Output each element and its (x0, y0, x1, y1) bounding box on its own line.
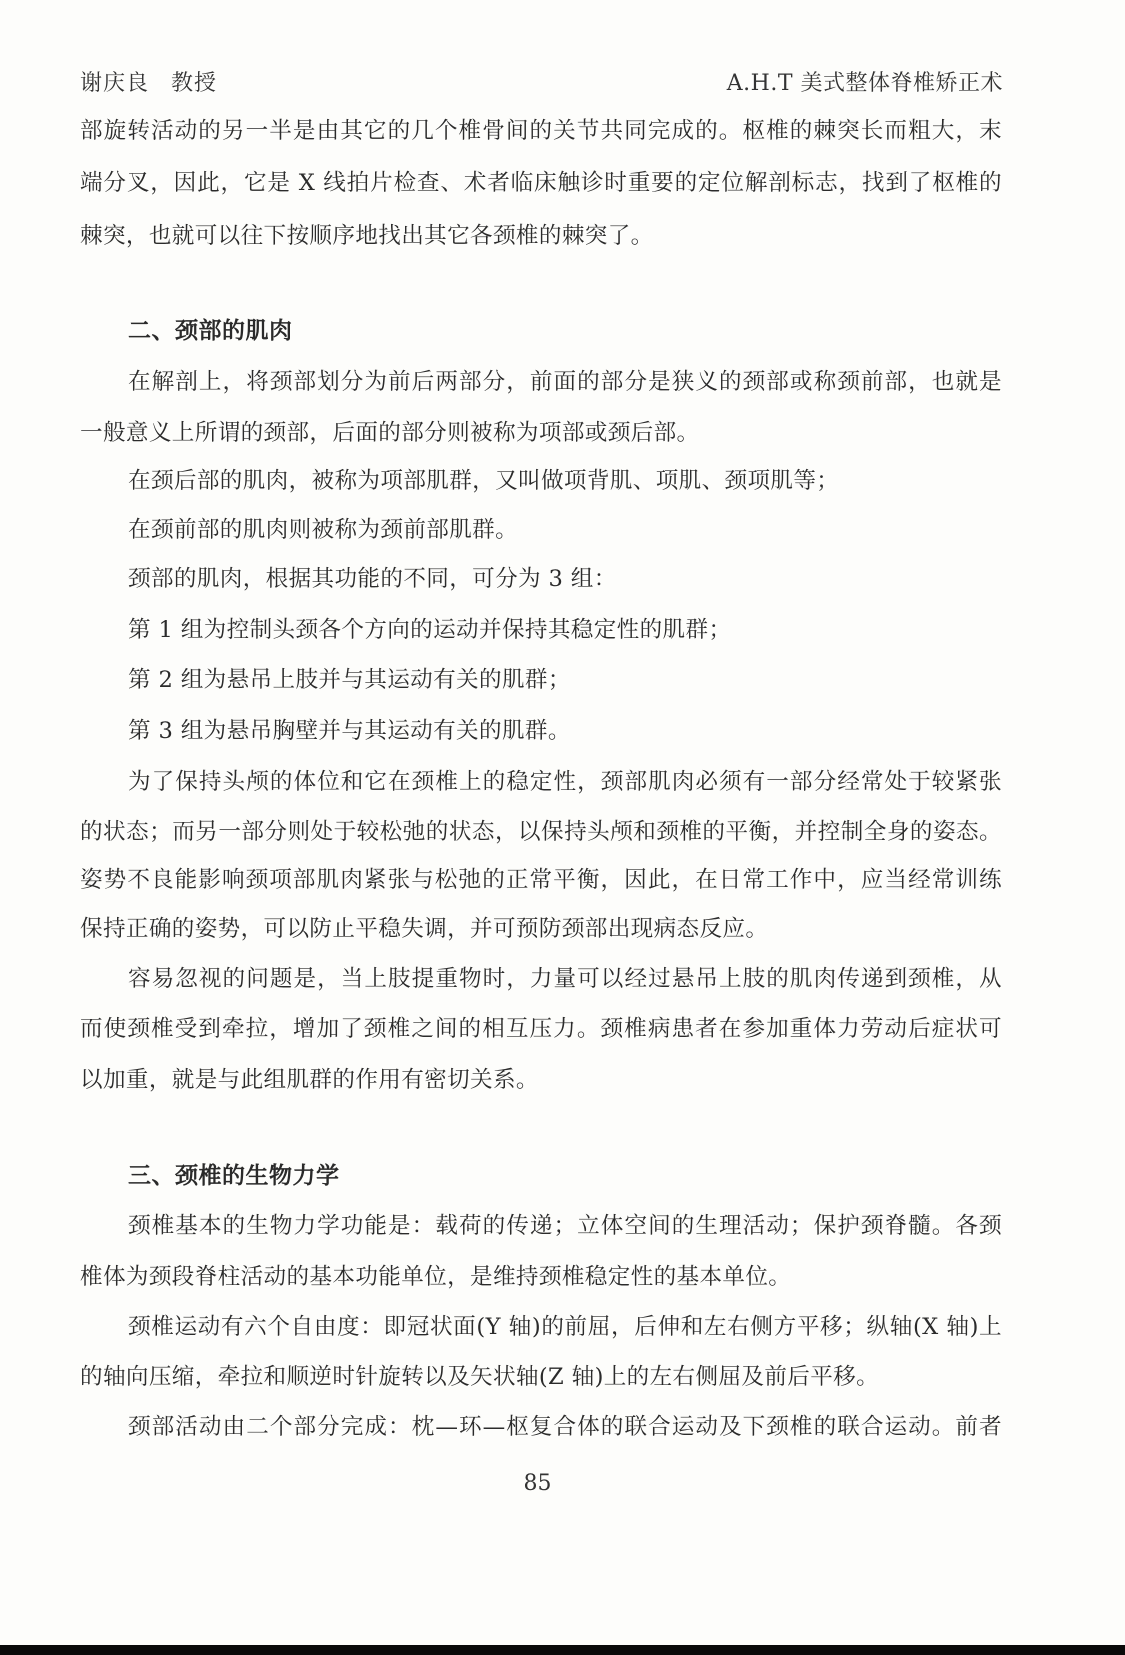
text-line: 在颈后部的肌肉，被称为项部肌群，又叫做项背肌、项肌、颈项肌等； (128, 466, 1002, 496)
book-page: 谢庆良教授 A.H.T 美式整体脊椎矫正术 部旋转活动的另一半是由其它的几个椎骨… (0, 0, 1125, 1645)
list-item: 第 1 组为控制头颈各个方向的运动并保持其稳定性的肌群； (128, 615, 1002, 645)
running-header-author: 谢庆良教授 (80, 66, 217, 97)
text-line: 端分叉，因此，它是 X 线拍片检查、术者临床触诊时重要的定位解剖标志，找到了枢椎… (80, 168, 1002, 198)
text-line: 的轴向压缩，牵拉和顺逆时针旋转以及矢状轴(Z 轴)上的左右侧屈及前后平移。 (80, 1362, 1002, 1392)
list-item: 第 3 组为悬吊胸壁并与其运动有关的肌群。 (128, 716, 1002, 746)
text-line: 以加重，就是与此组肌群的作用有密切关系。 (80, 1065, 1002, 1095)
text-line: 为了保持头颅的体位和它在颈椎上的稳定性，颈部肌肉必须有一部分经常处于较紧张 (128, 767, 1002, 797)
text-line: 在颈前部的肌肉则被称为颈前部肌群。 (128, 515, 1002, 545)
scan-edge-band (0, 1645, 1125, 1655)
text-line: 一般意义上所谓的颈部，后面的部分则被称为项部或颈后部。 (80, 418, 1002, 448)
text-line: 颈部的肌肉，根据其功能的不同，可分为 3 组： (128, 564, 1002, 594)
text-line: 颈部活动由二个部分完成：枕—环—枢复合体的联合运动及下颈椎的联合运动。前者 (128, 1412, 1002, 1442)
text-line: 颈椎基本的生物力学功能是：载荷的传递；立体空间的生理活动；保护颈脊髓。各颈 (128, 1211, 1002, 1241)
text-line: 在解剖上，将颈部划分为前后两部分，前面的部分是狭义的颈部或称颈前部，也就是 (128, 367, 1002, 397)
text-line: 而使颈椎受到牵拉，增加了颈椎之间的相互压力。颈椎病患者在参加重体力劳动后症状可 (80, 1014, 1002, 1044)
running-header-book-title: A.H.T 美式整体脊椎矫正术 (727, 66, 1003, 97)
author-name: 谢庆良 (80, 71, 149, 96)
text-line: 棘突，也就可以往下按顺序地找出其它各颈椎的棘突了。 (80, 221, 1002, 251)
text-line: 颈椎运动有六个自由度：即冠状面(Y 轴)的前屈，后伸和左右侧方平移；纵轴(X 轴… (128, 1312, 1002, 1342)
list-item: 第 2 组为悬吊上肢并与其运动有关的肌群； (128, 665, 1002, 695)
text-line: 的状态；而另一部分则处于较松弛的状态，以保持头颅和颈椎的平衡，并控制全身的姿态。 (80, 817, 1002, 847)
text-line: 部旋转活动的另一半是由其它的几个椎骨间的关节共同完成的。枢椎的棘突长而粗大，末 (80, 116, 1002, 146)
section-heading: 三、颈椎的生物力学 (128, 1161, 340, 1191)
text-line: 椎体为颈段脊柱活动的基本功能单位，是维持颈椎稳定性的基本单位。 (80, 1262, 1002, 1292)
page-number: 85 (0, 1471, 1125, 1496)
section-heading: 二、颈部的肌肉 (128, 316, 293, 346)
text-line: 容易忽视的问题是，当上肢提重物时，力量可以经过悬吊上肢的肌肉传递到颈椎，从 (128, 964, 1002, 994)
text-line: 姿势不良能影响颈项部肌肉紧张与松弛的正常平衡，因此，在日常工作中，应当经常训练 (80, 865, 1002, 895)
author-title: 教授 (171, 71, 217, 96)
text-line: 保持正确的姿势，可以防止平稳失调，并可预防颈部出现病态反应。 (80, 914, 1002, 944)
